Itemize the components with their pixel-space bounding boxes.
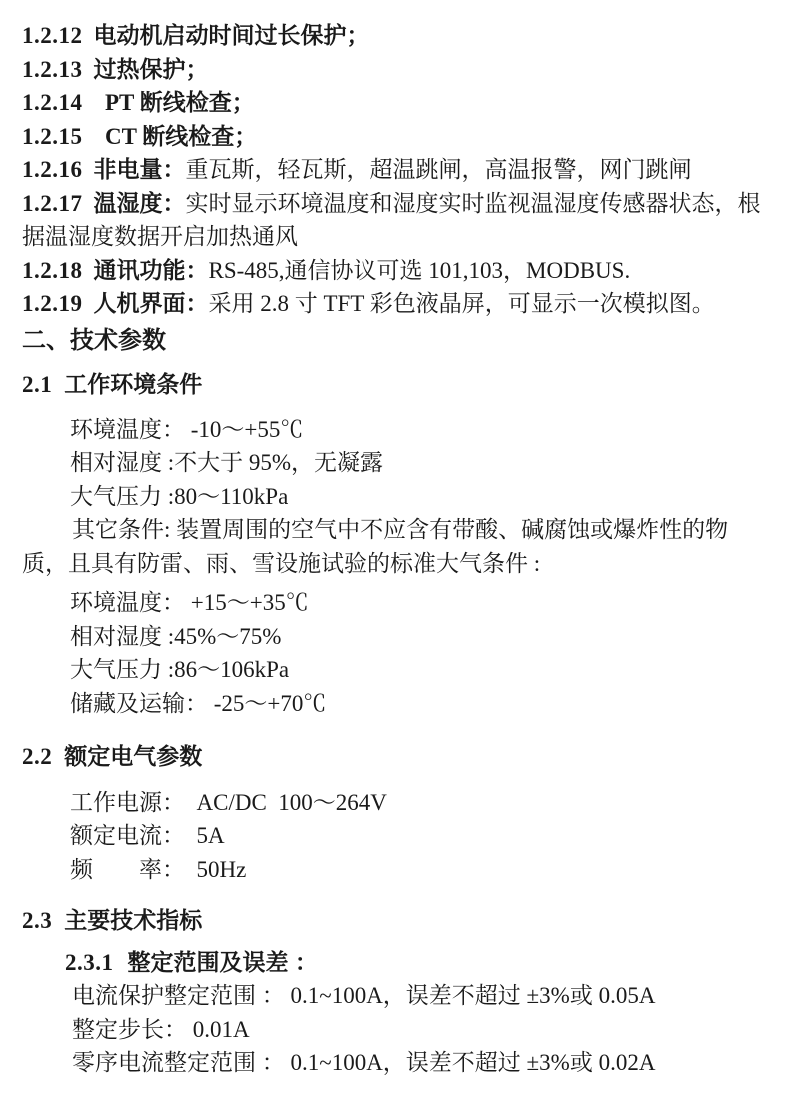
spec-line-current-setting-range: 电流保护整定范围 ： 0.1~100A，误差不超过 ±3%或 0.05A (72, 979, 774, 1013)
feature-item-1-2-13: 1.2.13过热保护； (22, 53, 774, 87)
features-section: 1.2.12电动机启动时间过长保护； 1.2.13过热保护； 1.2.14 PT… (22, 19, 774, 321)
feature-item-1-2-14: 1.2.14 PT 断线检查； (22, 86, 774, 120)
spec-line-ambient-temp: 环境温度： -10～+55℃ (70, 413, 774, 447)
section-number: 2.1 (22, 372, 52, 397)
feature-number: 1.2.16 (22, 157, 83, 182)
feature-label: PT 断线检查； (94, 90, 255, 115)
other-conditions-paragraph: 其它条件: 装置周围的空气中不应含有带酸、碱腐蚀或爆炸性的物质，且具有防雷、雨、… (22, 513, 774, 580)
spec-line-zero-seq-range: 零序电流整定范围 ： 0.1~100A，误差不超过 ±3%或 0.02A (72, 1046, 774, 1080)
section-2-2: 2.2额定电气参数 工作电源： AC/DC 100～264V 额定电流： 5A … (22, 740, 774, 886)
spec-line-pressure: 大气压力 :80～110kPa (70, 480, 774, 514)
spec-line-power-supply: 工作电源： AC/DC 100～264V (70, 786, 774, 820)
feature-text: RS-485,通信协议可选 101,103，MODBUS. (209, 258, 631, 283)
chapter-heading-technical-parameters: 二、技术参数 (22, 324, 774, 358)
section-number: 2.2 (22, 744, 52, 769)
section-title: 额定电气参数 (64, 743, 202, 769)
section-title: 主要技术指标 (64, 907, 202, 933)
feature-item-1-2-12: 1.2.12电动机启动时间过长保护； (22, 19, 774, 53)
feature-number: 1.2.15 (22, 124, 83, 149)
spec-line-setting-step: 整定步长： 0.01A (72, 1013, 774, 1047)
section-number: 2.3 (22, 908, 52, 933)
section-heading-2-1: 2.1工作环境条件 (22, 368, 774, 402)
feature-item-1-2-19: 1.2.19人机界面：采用 2.8 寸 TFT 彩色液晶屏，可显示一次模拟图。 (22, 287, 774, 321)
feature-label: 人机界面： (94, 291, 209, 316)
spec-line-test-temp: 环境温度： +15～+35℃ (70, 586, 774, 620)
section-2-3: 2.3主要技术指标 2.3.1整定范围及误差 ： 电流保护整定范围 ： 0.1~… (22, 904, 774, 1080)
feature-number: 1.2.19 (22, 291, 83, 316)
section-2-1: 2.1工作环境条件 环境温度： -10～+55℃ 相对湿度 :不大于 95%，无… (22, 368, 774, 720)
feature-number: 1.2.13 (22, 57, 83, 82)
spec-line-storage-transport: 储藏及运输： -25～+70℃ (70, 687, 774, 721)
feature-label: 非电量： (94, 157, 186, 182)
feature-text: 重瓦斯，轻瓦斯，超温跳闸，高温报警，网门跳闸 (186, 157, 692, 182)
feature-label: CT 断线检查； (94, 124, 258, 149)
feature-text: 采用 2.8 寸 TFT 彩色液晶屏，可显示一次模拟图。 (209, 291, 715, 316)
feature-number: 1.2.14 (22, 90, 83, 115)
spec-line-test-humidity: 相对湿度 :45%～75% (70, 620, 774, 654)
feature-number: 1.2.12 (22, 23, 83, 48)
feature-number: 1.2.18 (22, 258, 83, 283)
feature-item-1-2-15: 1.2.15 CT 断线检查； (22, 120, 774, 154)
feature-label: 过热保护； (94, 57, 209, 82)
feature-item-1-2-18: 1.2.18通讯功能：RS-485,通信协议可选 101,103，MODBUS. (22, 254, 774, 288)
section-heading-2-2: 2.2额定电气参数 (22, 740, 774, 774)
feature-label: 电动机启动时间过长保护； (94, 23, 370, 48)
feature-item-1-2-17: 1.2.17温湿度：实时显示环境温度和湿度实时监视温湿度传感器状态，根据温湿度数… (22, 187, 774, 254)
section-title: 工作环境条件 (64, 371, 202, 397)
spec-line-humidity: 相对湿度 :不大于 95%，无凝露 (70, 446, 774, 480)
subsection-title: 整定范围及误差 ： (128, 949, 318, 975)
document-page: 1.2.12电动机启动时间过长保护； 1.2.13过热保护； 1.2.14 PT… (0, 0, 800, 1113)
subsection-number: 2.3.1 (65, 950, 114, 975)
feature-number: 1.2.17 (22, 191, 83, 216)
feature-label: 通讯功能： (94, 258, 209, 283)
spec-line-frequency: 频 率： 50Hz (70, 853, 774, 887)
subsection-heading-2-3-1: 2.3.1整定范围及误差 ： (65, 946, 774, 980)
section-heading-2-3: 2.3主要技术指标 (22, 904, 774, 938)
feature-label: 温湿度： (94, 191, 186, 216)
spec-line-test-pressure: 大气压力 :86～106kPa (70, 653, 774, 687)
spec-line-rated-current: 额定电流： 5A (70, 819, 774, 853)
feature-item-1-2-16: 1.2.16非电量：重瓦斯，轻瓦斯，超温跳闸，高温报警，网门跳闸 (22, 153, 774, 187)
